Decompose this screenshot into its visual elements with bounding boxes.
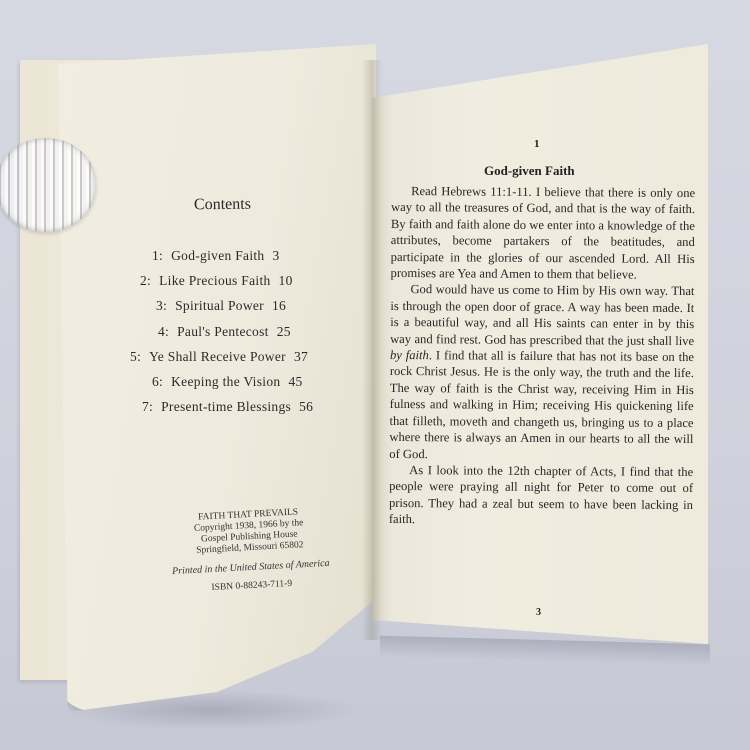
ribbed-glass-lens-icon <box>0 138 96 232</box>
toc-entry: 6:Keeping the Vision45 <box>152 374 303 390</box>
printed-in: Printed in the United States of America <box>151 557 351 578</box>
contents-heading: Contents <box>194 196 251 214</box>
page-number: 3 <box>536 607 541 618</box>
paragraph: God would have us come to Him by His own… <box>389 281 694 464</box>
chapter-number: 1 <box>534 138 540 150</box>
copyright-imprint: FAITH THAT PREVAILS Copyright 1938, 1966… <box>148 505 352 597</box>
toc-entry: 5:Ye Shall Receive Power37 <box>130 349 308 365</box>
chapter-body: Read Hebrews 11:1-11. I believe that the… <box>389 183 695 530</box>
toc-entry: 7:Present-time Blessings56 <box>142 399 313 415</box>
toc-entry: 4:Paul's Pentecost25 <box>158 324 291 340</box>
toc-entry: 2:Like Precious Faith10 <box>140 273 293 289</box>
paragraph: As I look into the 12th chapter of Acts,… <box>389 462 693 530</box>
book-gutter <box>362 60 382 640</box>
paragraph: Read Hebrews 11:1-11. I believe that the… <box>391 183 696 284</box>
chapter-title: God-given Faith <box>484 163 575 179</box>
toc-entry: 3:Spiritual Power16 <box>156 298 286 314</box>
toc-entry: 1:God-given Faith3 <box>152 248 280 264</box>
book-photo: Contents 1:God-given Faith3 2:Like Preci… <box>0 0 750 750</box>
